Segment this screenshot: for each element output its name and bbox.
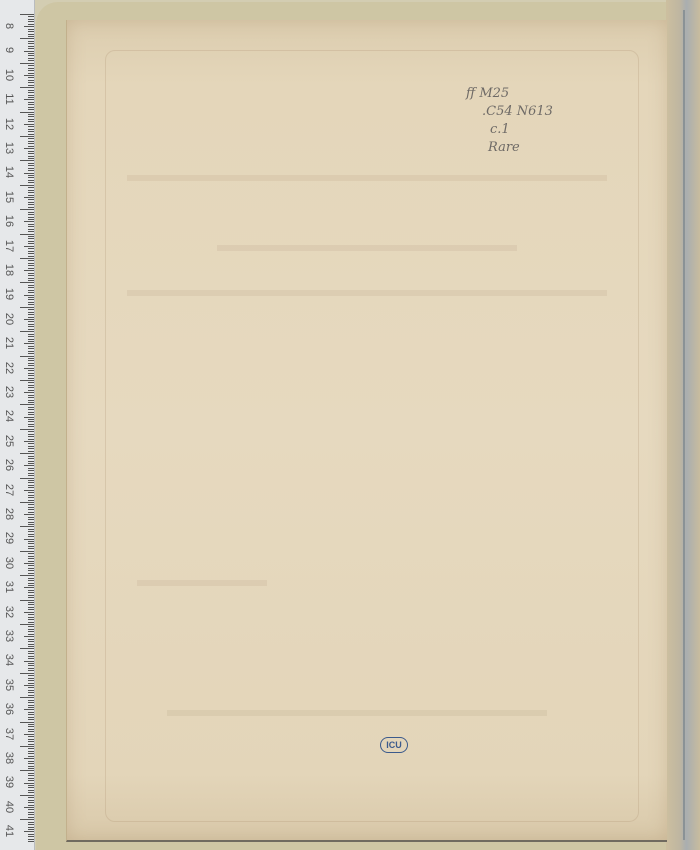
ruler-tick <box>28 558 34 559</box>
ruler-tick <box>28 763 34 764</box>
spine-line <box>683 10 685 840</box>
ruler-tick <box>28 675 34 676</box>
ruler-tick <box>28 556 34 557</box>
ruler-tick <box>28 702 34 703</box>
ruler-tick <box>20 770 34 771</box>
ruler-tick <box>28 402 34 403</box>
ruler-tick <box>28 568 34 569</box>
show-through-line <box>127 175 607 181</box>
ruler-label: 26 <box>2 458 16 472</box>
ruler-tick <box>28 156 34 157</box>
ruler-tick <box>28 102 34 103</box>
ruler-tick <box>28 524 34 525</box>
ruler-tick <box>28 95 34 96</box>
ruler-tick <box>28 824 34 825</box>
ruler-tick <box>28 348 34 349</box>
ruler-tick <box>28 370 34 371</box>
library-stamp: ICU <box>380 737 408 753</box>
show-through-line <box>137 580 267 586</box>
ruler-label: 31 <box>2 580 16 594</box>
ruler-tick <box>28 375 34 376</box>
ruler-label: 17 <box>2 239 16 253</box>
ruler-tick <box>20 331 34 332</box>
ruler-tick <box>28 507 34 508</box>
ruler-tick <box>28 195 34 196</box>
ruler-label: 41 <box>2 824 16 838</box>
ruler-tick <box>28 43 34 44</box>
ruler-label: 11 <box>2 92 16 106</box>
ruler-tick <box>28 565 34 566</box>
ruler-tick <box>20 819 34 820</box>
ruler-tick <box>28 324 34 325</box>
ruler-tick <box>24 734 34 735</box>
ruler-tick <box>28 226 34 227</box>
ruler-tick <box>28 224 34 225</box>
ruler-label: 27 <box>2 483 16 497</box>
ruler-tick <box>28 119 34 120</box>
ruler-tick <box>28 829 34 830</box>
ruler-tick <box>28 553 34 554</box>
ruler-tick <box>28 158 34 159</box>
ruler-tick <box>28 146 34 147</box>
ruler-label: 24 <box>2 409 16 423</box>
ruler-tick <box>28 604 34 605</box>
ruler-tick <box>28 639 34 640</box>
ruler-tick <box>28 165 34 166</box>
ruler-label: 40 <box>2 800 16 814</box>
ruler-tick <box>28 177 34 178</box>
ruler-tick <box>28 790 34 791</box>
ruler-tick <box>28 509 34 510</box>
ruler-tick <box>28 321 34 322</box>
measurement-ruler: 8910111213141516171819202122232425262728… <box>0 0 35 850</box>
ruler-tick <box>28 529 34 530</box>
ruler-tick <box>28 292 34 293</box>
ruler-tick <box>20 14 34 15</box>
ruler-tick <box>28 780 34 781</box>
call-number-line: Rare <box>466 139 553 157</box>
ruler-tick <box>28 583 34 584</box>
ruler-tick <box>28 109 34 110</box>
ruler-tick <box>20 526 34 527</box>
ruler-tick <box>28 458 34 459</box>
ruler-tick <box>24 392 34 393</box>
ruler-tick <box>28 287 34 288</box>
ruler-tick <box>28 363 34 364</box>
ruler-tick <box>28 182 34 183</box>
ruler-tick <box>28 85 34 86</box>
ruler-tick <box>28 504 34 505</box>
ruler-tick <box>28 431 34 432</box>
ruler-label: 33 <box>2 629 16 643</box>
ruler-tick <box>28 192 34 193</box>
ruler-tick <box>28 353 34 354</box>
ruler-tick <box>28 658 34 659</box>
ruler-tick <box>28 351 34 352</box>
ruler-label: 19 <box>2 287 16 301</box>
ruler-tick <box>28 492 34 493</box>
ruler-tick <box>28 141 34 142</box>
ruler-tick <box>28 436 34 437</box>
ruler-tick <box>28 104 34 105</box>
ruler-tick <box>28 190 34 191</box>
ruler-tick <box>28 463 34 464</box>
ruler-tick <box>24 368 34 369</box>
show-through-line <box>167 710 547 716</box>
ruler-tick <box>28 121 34 122</box>
ruler-tick <box>24 661 34 662</box>
ruler-tick <box>24 465 34 466</box>
document-page <box>66 20 667 842</box>
ruler-tick <box>28 265 34 266</box>
ruler-tick <box>28 131 34 132</box>
ruler-tick <box>28 480 34 481</box>
ruler-tick <box>28 82 34 83</box>
ruler-tick <box>28 729 34 730</box>
ruler-tick <box>28 451 34 452</box>
ruler-tick <box>28 497 34 498</box>
ruler-tick <box>24 124 34 125</box>
ruler-tick <box>28 626 34 627</box>
ruler-tick <box>28 448 34 449</box>
ruler-tick <box>28 461 34 462</box>
ruler-tick <box>28 439 34 440</box>
ruler-label: 10 <box>2 68 16 82</box>
ruler-label: 37 <box>2 727 16 741</box>
ruler-tick <box>24 417 34 418</box>
ruler-tick <box>28 248 34 249</box>
ruler-tick <box>28 407 34 408</box>
call-number-annotation: ff M25 .C54 N613 c.1 Rare <box>466 85 553 157</box>
ruler-tick <box>28 822 34 823</box>
ruler-tick <box>28 617 34 618</box>
ruler-tick <box>28 187 34 188</box>
ruler-tick <box>28 385 34 386</box>
ruler-tick <box>28 129 34 130</box>
ruler-tick <box>28 690 34 691</box>
ruler-tick <box>28 212 34 213</box>
ruler-tick <box>28 299 34 300</box>
ruler-tick <box>28 805 34 806</box>
ruler-label: 34 <box>2 653 16 667</box>
ruler-tick <box>28 800 34 801</box>
ruler-tick <box>28 817 34 818</box>
ruler-tick <box>28 24 34 25</box>
ruler-tick <box>28 751 34 752</box>
ruler-tick <box>24 490 34 491</box>
ruler-tick <box>28 236 34 237</box>
ruler-tick <box>24 709 34 710</box>
ruler-tick <box>28 73 34 74</box>
ruler-tick <box>28 19 34 20</box>
ruler-tick <box>28 597 34 598</box>
ruler-tick <box>28 358 34 359</box>
ruler-tick <box>28 546 34 547</box>
ruler-tick <box>28 231 34 232</box>
ruler-tick <box>28 456 34 457</box>
ruler-tick <box>28 707 34 708</box>
ruler-label: 13 <box>2 141 16 155</box>
ruler-tick <box>20 697 34 698</box>
ruler-tick <box>28 202 34 203</box>
ruler-tick <box>28 629 34 630</box>
ruler-tick <box>24 221 34 222</box>
page-impression-frame <box>105 50 639 822</box>
ruler-tick <box>28 419 34 420</box>
ruler-tick <box>28 312 34 313</box>
ruler-tick <box>28 34 34 35</box>
ruler-label: 21 <box>2 336 16 350</box>
ruler-tick <box>28 412 34 413</box>
ruler-tick <box>28 748 34 749</box>
ruler-tick <box>28 622 34 623</box>
ruler-tick <box>24 173 34 174</box>
ruler-tick <box>28 641 34 642</box>
ruler-tick <box>28 578 34 579</box>
ruler-tick <box>28 329 34 330</box>
ruler-tick <box>28 573 34 574</box>
ruler-tick <box>24 295 34 296</box>
ruler-tick <box>28 336 34 337</box>
ruler-tick <box>28 609 34 610</box>
ruler-tick <box>28 409 34 410</box>
ruler-tick <box>28 522 34 523</box>
ruler-tick <box>28 302 34 303</box>
ruler-label: 32 <box>2 605 16 619</box>
ruler-label: 9 <box>2 43 16 57</box>
ruler-tick <box>28 592 34 593</box>
ruler-tick <box>28 663 34 664</box>
ruler-tick <box>20 746 34 747</box>
ruler-label: 38 <box>2 751 16 765</box>
ruler-tick <box>28 482 34 483</box>
ruler-tick <box>28 741 34 742</box>
ruler-tick <box>28 619 34 620</box>
ruler-tick <box>20 258 34 259</box>
ruler-tick <box>20 551 34 552</box>
ruler-tick <box>28 519 34 520</box>
ruler-label: 29 <box>2 531 16 545</box>
ruler-tick <box>28 656 34 657</box>
ruler-tick <box>28 468 34 469</box>
ruler-tick <box>28 695 34 696</box>
ruler-tick <box>28 334 34 335</box>
ruler-tick <box>28 414 34 415</box>
ruler-tick <box>28 229 34 230</box>
ruler-tick <box>28 473 34 474</box>
ruler-tick <box>28 668 34 669</box>
ruler-tick <box>28 631 34 632</box>
ruler-tick <box>24 270 34 271</box>
ruler-tick <box>28 719 34 720</box>
ruler-tick <box>20 453 34 454</box>
ruler-tick <box>28 590 34 591</box>
ruler-tick <box>28 683 34 684</box>
ruler-tick <box>28 495 34 496</box>
ruler-tick <box>24 26 34 27</box>
ruler-tick <box>20 209 34 210</box>
ruler-tick <box>28 204 34 205</box>
ruler-tick <box>28 775 34 776</box>
ruler-tick <box>24 75 34 76</box>
ruler-tick <box>28 726 34 727</box>
ruler-tick <box>28 309 34 310</box>
ruler-label: 14 <box>2 165 16 179</box>
ruler-tick <box>28 138 34 139</box>
ruler-tick <box>28 60 34 61</box>
show-through-line <box>217 245 517 251</box>
ruler-label: 35 <box>2 678 16 692</box>
ruler-tick <box>28 809 34 810</box>
ruler-tick <box>28 217 34 218</box>
ruler-tick <box>28 16 34 17</box>
ruler-tick <box>24 148 34 149</box>
ruler-tick <box>28 80 34 81</box>
ruler-tick <box>28 126 34 127</box>
ruler-label: 8 <box>2 19 16 33</box>
ruler-tick <box>28 768 34 769</box>
ruler-tick <box>28 802 34 803</box>
ruler-tick <box>24 99 34 100</box>
call-number-line: .C54 N613 <box>466 103 553 121</box>
ruler-tick <box>28 387 34 388</box>
ruler-tick <box>28 373 34 374</box>
ruler-tick <box>20 38 34 39</box>
ruler-tick <box>28 470 34 471</box>
ruler-tick <box>28 21 34 22</box>
ruler-tick <box>28 753 34 754</box>
ruler-tick <box>28 285 34 286</box>
ruler-tick <box>28 585 34 586</box>
ruler-tick <box>28 253 34 254</box>
ruler-label: 36 <box>2 702 16 716</box>
ruler-tick <box>24 587 34 588</box>
ruler-tick <box>28 134 34 135</box>
ruler-tick <box>20 575 34 576</box>
ruler-tick <box>28 29 34 30</box>
ruler-tick <box>24 441 34 442</box>
ruler-label: 30 <box>2 556 16 570</box>
ruler-tick <box>28 517 34 518</box>
ruler-tick <box>28 634 34 635</box>
ruler-tick <box>20 600 34 601</box>
ruler-tick <box>24 197 34 198</box>
ruler-label: 39 <box>2 775 16 789</box>
ruler-tick <box>28 199 34 200</box>
ruler-tick <box>28 714 34 715</box>
ruler-tick <box>28 341 34 342</box>
ruler-tick <box>28 712 34 713</box>
ruler-tick <box>28 773 34 774</box>
ruler-tick <box>24 807 34 808</box>
ruler-tick <box>28 58 34 59</box>
ruler-tick <box>20 624 34 625</box>
ruler-tick <box>28 646 34 647</box>
ruler-tick <box>28 543 34 544</box>
ruler-tick <box>24 563 34 564</box>
ruler-tick <box>28 90 34 91</box>
ruler-tick <box>28 787 34 788</box>
ruler-tick <box>24 685 34 686</box>
ruler-tick <box>28 731 34 732</box>
ruler-tick <box>28 77 34 78</box>
ruler-tick <box>28 736 34 737</box>
ruler-tick <box>28 827 34 828</box>
call-number-line: ff M25 <box>466 85 553 103</box>
ruler-tick <box>28 434 34 435</box>
ruler-tick <box>28 243 34 244</box>
ruler-tick <box>20 185 34 186</box>
ruler-tick <box>28 487 34 488</box>
ruler-tick <box>28 365 34 366</box>
ruler-label: 20 <box>2 312 16 326</box>
ruler-tick <box>28 260 34 261</box>
ruler-tick <box>28 256 34 257</box>
ruler-tick <box>28 475 34 476</box>
ruler-tick <box>20 404 34 405</box>
ruler-tick <box>28 326 34 327</box>
ruler-tick <box>28 180 34 181</box>
ruler-tick <box>28 839 34 840</box>
ruler-tick <box>28 644 34 645</box>
ruler-tick <box>28 275 34 276</box>
ruler-tick <box>28 687 34 688</box>
ruler-tick <box>24 783 34 784</box>
ruler-label: 12 <box>2 117 16 131</box>
ruler-tick <box>28 241 34 242</box>
ruler-tick <box>28 395 34 396</box>
ruler-label: 22 <box>2 361 16 375</box>
ruler-tick <box>28 317 34 318</box>
ruler-tick <box>28 812 34 813</box>
call-number-line: c.1 <box>466 121 553 139</box>
ruler-tick <box>28 251 34 252</box>
ruler-tick <box>28 607 34 608</box>
ruler-tick <box>28 724 34 725</box>
ruler-tick <box>28 778 34 779</box>
ruler-tick <box>28 692 34 693</box>
ruler-tick <box>28 97 34 98</box>
ruler-tick <box>28 278 34 279</box>
ruler-tick <box>28 541 34 542</box>
ruler-tick <box>28 116 34 117</box>
ruler-tick <box>24 758 34 759</box>
ruler-tick <box>28 739 34 740</box>
ruler-tick <box>28 314 34 315</box>
ruler-tick <box>24 51 34 52</box>
ruler-tick <box>28 614 34 615</box>
ruler-tick <box>28 548 34 549</box>
ruler-label: 15 <box>2 190 16 204</box>
ruler-tick <box>24 246 34 247</box>
ruler-tick <box>28 792 34 793</box>
ruler-tick <box>28 143 34 144</box>
ruler-tick <box>20 112 34 113</box>
ruler-tick <box>28 536 34 537</box>
ruler-tick <box>20 429 34 430</box>
ruler-tick <box>28 443 34 444</box>
ruler-tick <box>28 534 34 535</box>
ruler-tick <box>28 70 34 71</box>
ruler-tick <box>24 612 34 613</box>
ruler-tick <box>28 426 34 427</box>
ruler-tick <box>20 356 34 357</box>
ruler-tick <box>24 539 34 540</box>
ruler-tick <box>28 31 34 32</box>
ruler-tick <box>28 163 34 164</box>
ruler-tick <box>28 512 34 513</box>
ruler-tick <box>28 446 34 447</box>
